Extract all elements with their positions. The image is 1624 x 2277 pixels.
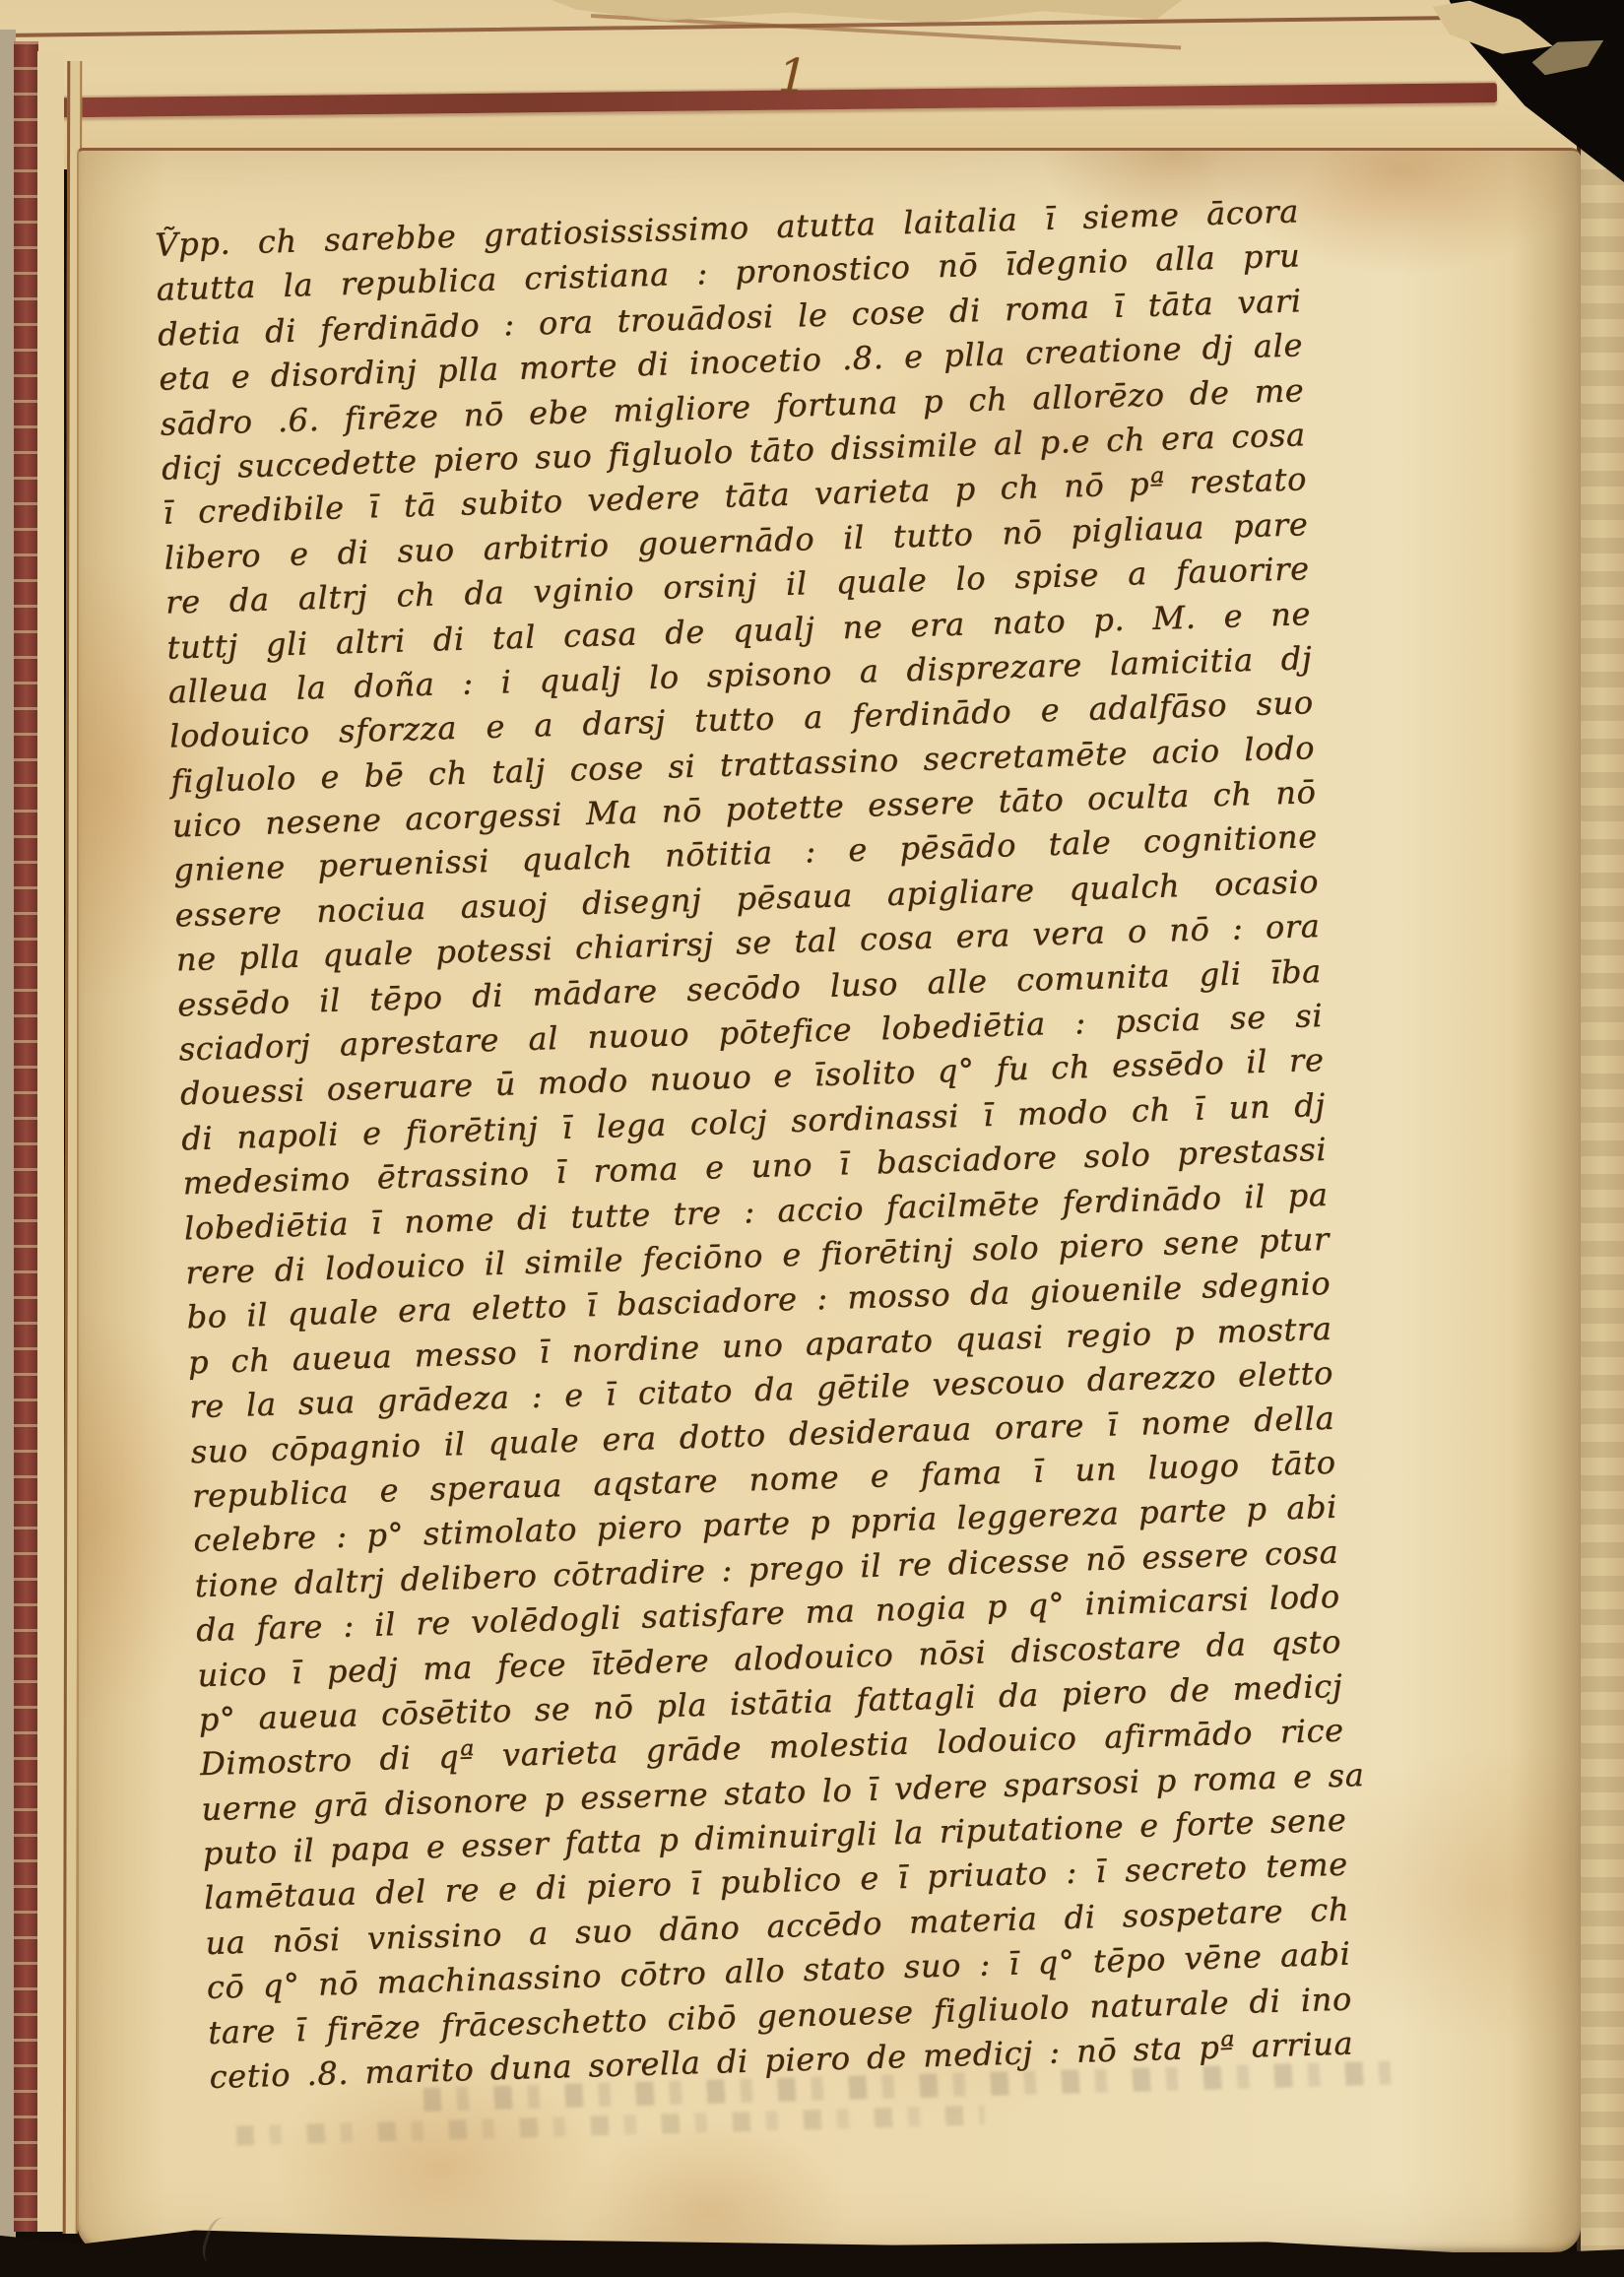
fore-edge-strip-right [1577, 136, 1624, 2255]
manuscript-text-block: Ṽpp. ch sarebbe gratiosississimo atutta … [155, 189, 1354, 2100]
manuscript-photo: 1 Ṽpp. ch sarebbe gratiosississimo atutt… [0, 0, 1624, 2277]
left-under-page-edge [37, 51, 64, 2232]
red-stained-fore-edge-left [14, 41, 38, 2232]
page-crease-shade [1512, 151, 1581, 2252]
page-number: 1 [777, 52, 809, 99]
